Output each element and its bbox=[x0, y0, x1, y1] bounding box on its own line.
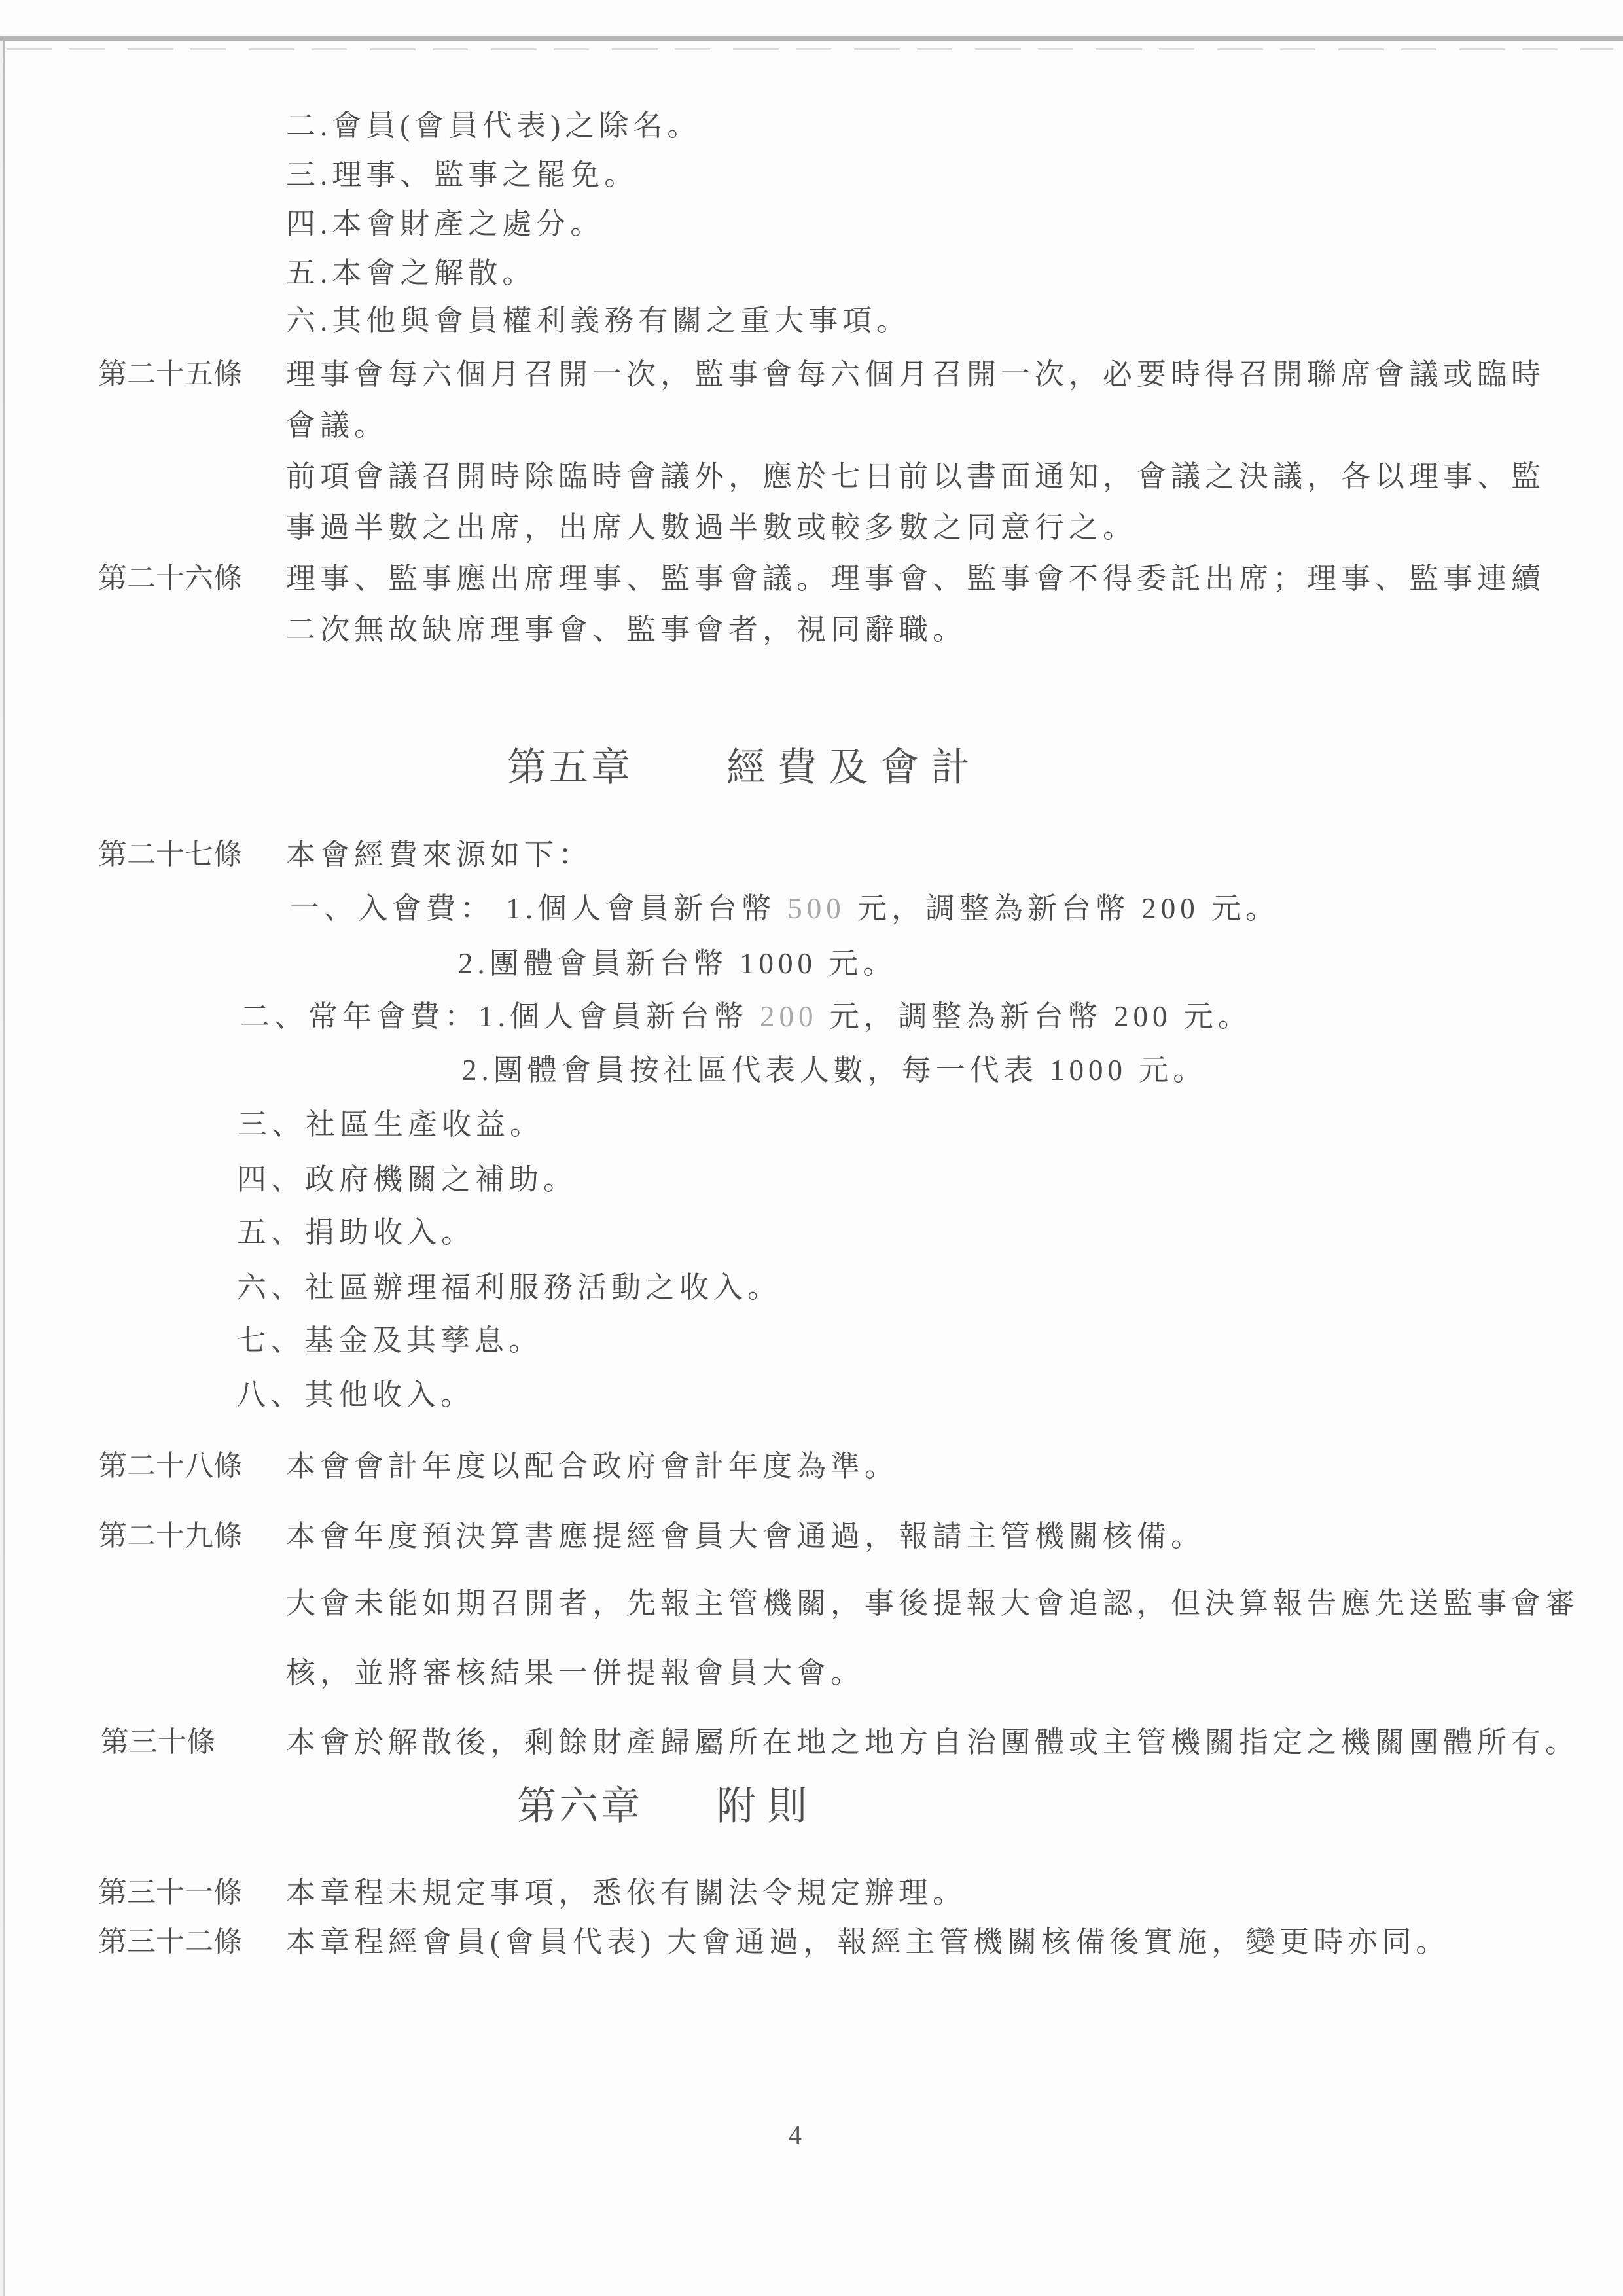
list-item: 六.其他與會員權利義務有關之重大事項。 bbox=[286, 302, 910, 339]
article-29-line: 本會年度預決算書應提經會員大會通過，報請主管機關核備。 bbox=[286, 1518, 1205, 1554]
scan-top-edge-line bbox=[0, 36, 1623, 41]
article-26-line: 理事、監事應出席理事、監事會議。理事會、監事會不得委託出席；理事、監事連續 bbox=[286, 560, 1545, 597]
article-27-item: 七、基金及其孳息。 bbox=[236, 1322, 543, 1359]
fee-amount-faded: 500 bbox=[787, 892, 846, 925]
article-31-label: 第三十一條 bbox=[98, 1874, 242, 1911]
article-27-item-entry-fee: 一、入會費： 1.個人會員新台幣 500 元，調整為新台幣 200 元。 bbox=[290, 890, 1279, 927]
article-25-label: 第二十五條 bbox=[98, 356, 242, 393]
article-30-label: 第三十條 bbox=[100, 1724, 215, 1761]
document-page: 二.會員(會員代表)之除名。 三.理事、監事之罷免。 四.本會財產之處分。 五.… bbox=[0, 0, 1623, 2296]
scan-wavy-artifact-line bbox=[7, 48, 1613, 50]
article-25-line: 理事會每六個月召開一次，監事會每六個月召開一次，必要時得召開聯席會議或臨時 bbox=[286, 356, 1545, 393]
article-32-line: 本章程經會員(會員代表) 大會通過，報經主管機關核備後實施，變更時亦同。 bbox=[286, 1924, 1450, 1960]
article-26-line: 二次無故缺席理事會、監事會者，視同辭職。 bbox=[286, 611, 967, 648]
article-27-item: 五、捐助收入。 bbox=[237, 1214, 475, 1251]
article-27-item: 三、社區生產收益。 bbox=[238, 1106, 544, 1143]
article-29-line: 大會未能如期召開者，先報主管機關，事後提報大會追認，但決算報告應先送監事會審 bbox=[286, 1585, 1579, 1622]
article-27-item: 八、其他收入。 bbox=[236, 1376, 474, 1413]
article-29-label: 第二十九條 bbox=[98, 1518, 242, 1554]
article-27-intro: 本會經費來源如下： bbox=[286, 836, 592, 873]
article-27-item: 四、政府機關之補助。 bbox=[237, 1161, 577, 1198]
chapter-6-title: 附則 bbox=[717, 1784, 819, 1829]
article-27-item-annual-fee-group: 2.團體會員按社區代表人數，每一代表 1000 元。 bbox=[462, 1052, 1207, 1088]
scan-left-edge-line bbox=[3, 36, 5, 2296]
fee-text: 二、常年會費：1.個人會員新台幣 bbox=[240, 1000, 760, 1033]
article-27-item: 六、社區辦理福利服務活動之收入。 bbox=[237, 1269, 781, 1306]
chapter-5-number: 第五章 bbox=[507, 745, 633, 791]
article-30-line: 本會於解散後，剩餘財產歸屬所在地之地方自治團體或主管機關指定之機關團體所有。 bbox=[286, 1724, 1579, 1761]
list-item: 三.理事、監事之罷免。 bbox=[286, 156, 638, 193]
article-25-line: 前項會議召開時除臨時會議外，應於七日前以書面通知，會議之決議，各以理事、監 bbox=[286, 458, 1545, 495]
fee-text: 一、入會費： 1.個人會員新台幣 bbox=[290, 892, 787, 925]
page-number: 4 bbox=[789, 2121, 802, 2149]
fee-text: 元，調整為新台幣 200 元。 bbox=[818, 1000, 1252, 1033]
article-28-line: 本會會計年度以配合政府會計年度為準。 bbox=[286, 1448, 899, 1484]
article-27-item-annual-fee: 二、常年會費：1.個人會員新台幣 200 元，調整為新台幣 200 元。 bbox=[240, 998, 1252, 1035]
chapter-5-title: 經費及會計 bbox=[726, 745, 982, 791]
list-item: 四.本會財產之處分。 bbox=[286, 206, 604, 242]
article-32-label: 第三十二條 bbox=[98, 1924, 242, 1960]
article-25-line: 會議。 bbox=[286, 407, 388, 444]
article-26-label: 第二十六條 bbox=[98, 560, 242, 597]
chapter-6-number: 第六章 bbox=[517, 1784, 643, 1829]
list-item: 二.會員(會員代表)之除名。 bbox=[286, 107, 701, 144]
article-25-line: 事過半數之出席，出席人數過半數或較多數之同意行之。 bbox=[286, 509, 1137, 546]
fee-text: 元，調整為新台幣 200 元。 bbox=[846, 892, 1279, 925]
article-29-line: 核，並將審核結果一併提報會員大會。 bbox=[286, 1655, 865, 1691]
list-item: 五.本會之解散。 bbox=[286, 255, 536, 291]
fee-amount-faded: 200 bbox=[760, 1000, 818, 1033]
article-27-label: 第二十七條 bbox=[98, 836, 242, 873]
article-31-line: 本章程未規定事項，悉依有關法令規定辦理。 bbox=[286, 1874, 967, 1911]
article-27-item-entry-fee-group: 2.團體會員新台幣 1000 元。 bbox=[458, 945, 897, 982]
article-28-label: 第二十八條 bbox=[98, 1448, 242, 1484]
